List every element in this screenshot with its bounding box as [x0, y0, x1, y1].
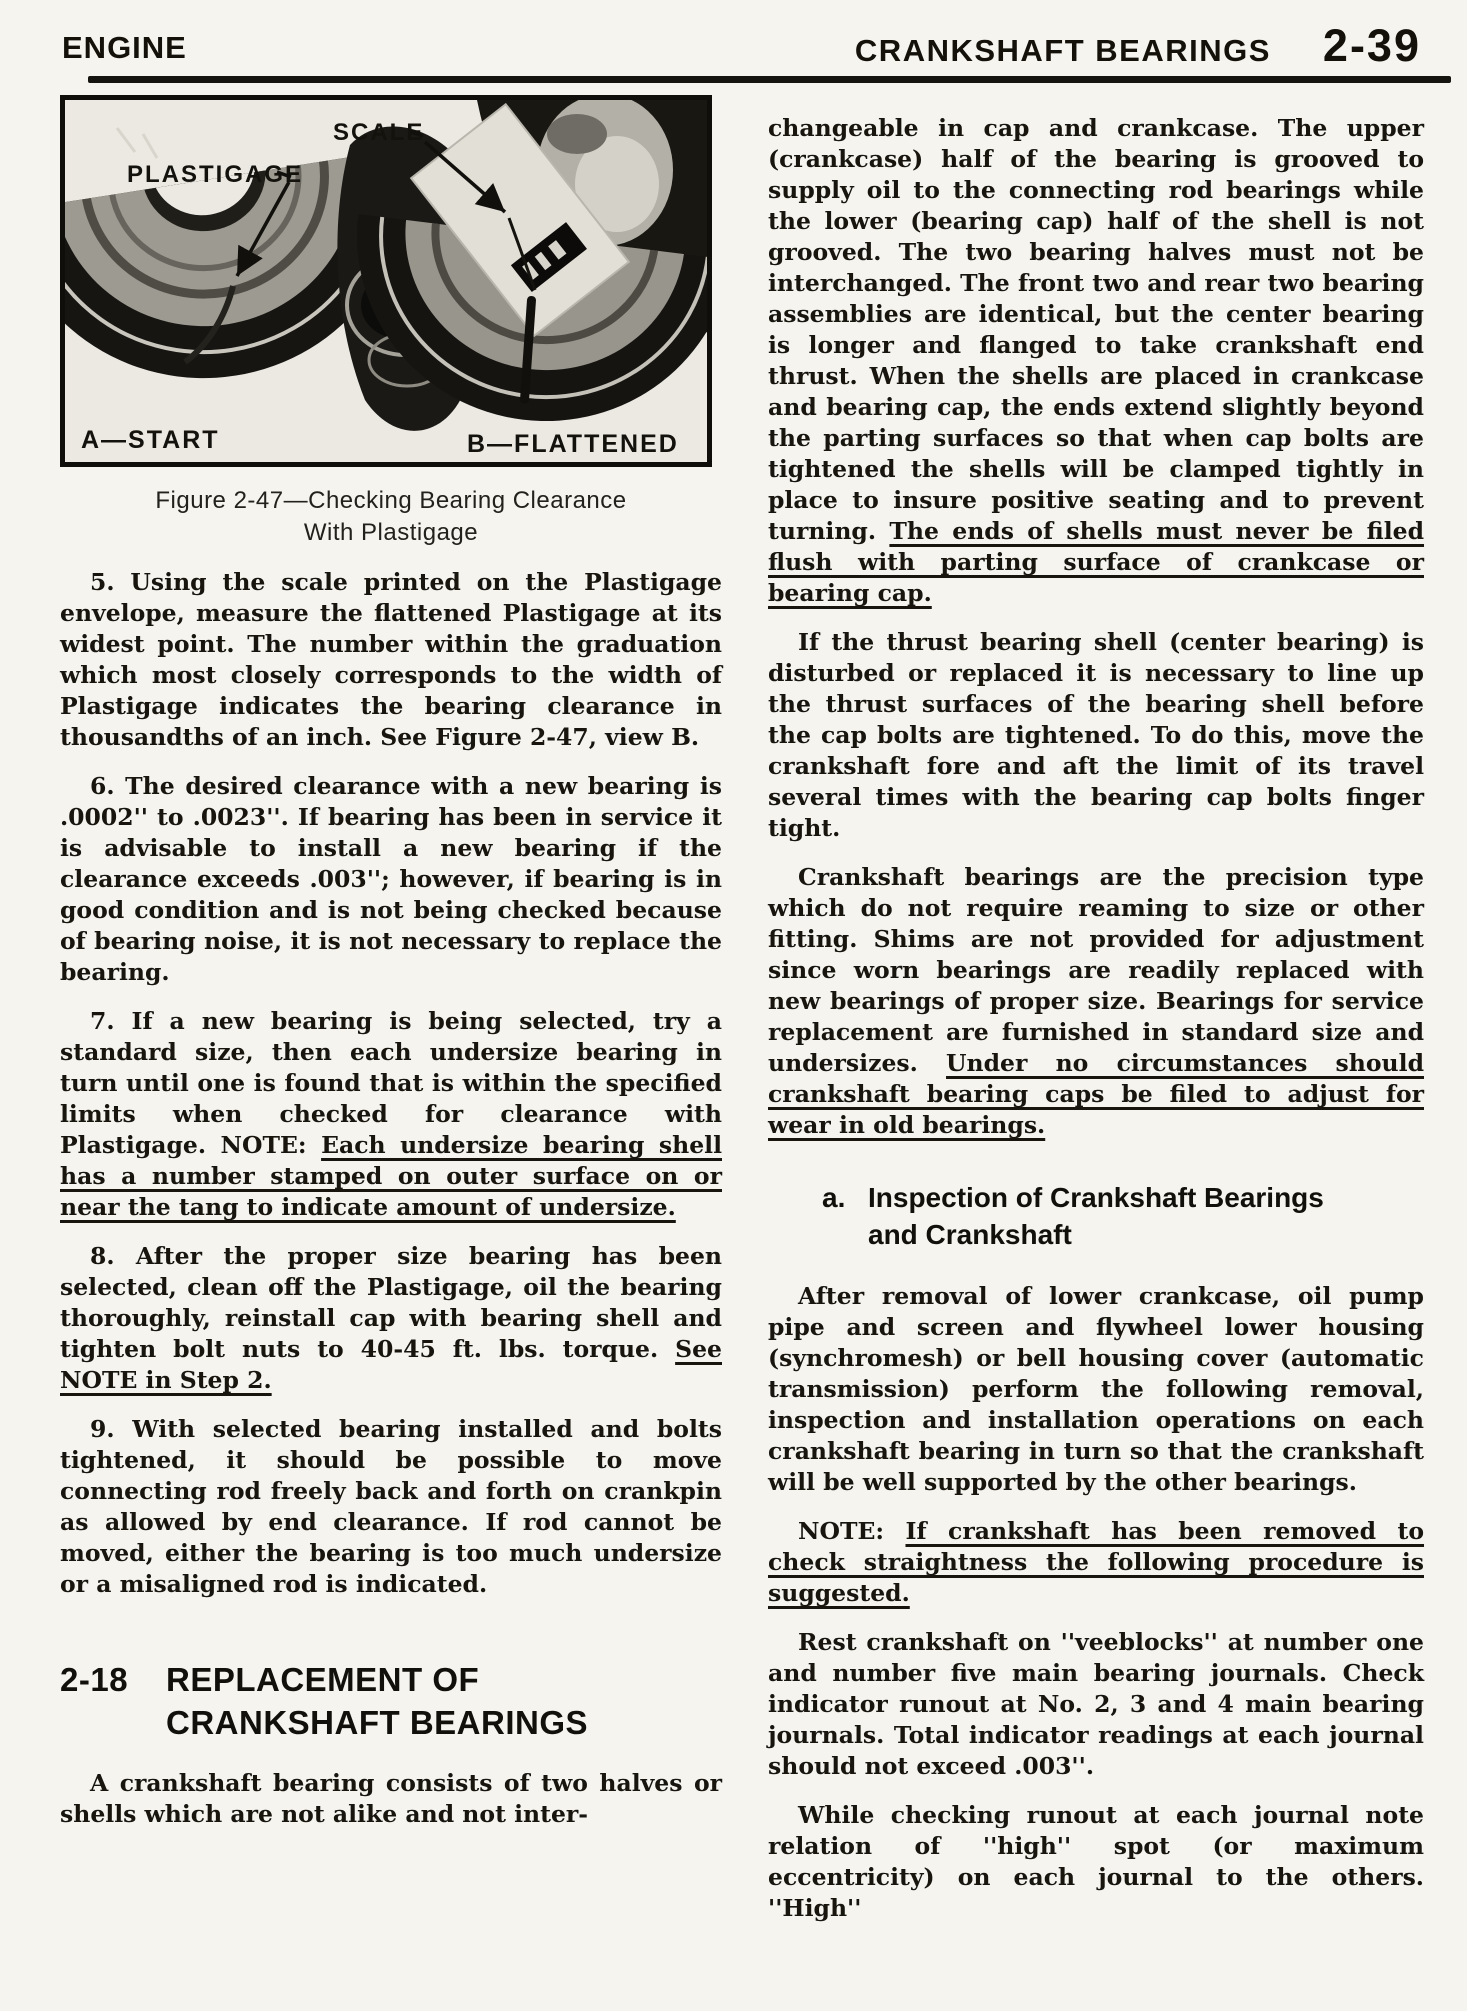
- page-number: 2-39: [1323, 20, 1421, 72]
- paragraph-intro: A crankshaft bearing consists of two hal…: [60, 1768, 722, 1830]
- step-8-text: 8. After the proper size bearing has bee…: [60, 1242, 722, 1363]
- paragraph-veeblocks: Rest crankshaft on ''veeblocks'' at numb…: [768, 1627, 1424, 1782]
- figure-label-view-b: B—FLATTENED: [467, 430, 679, 458]
- header-rule: [88, 76, 1451, 83]
- right-column: changeable in cap and crankcase. The upp…: [768, 95, 1424, 1924]
- figure-caption: Figure 2-47—Checking Bearing Clearance W…: [60, 485, 722, 549]
- paragraph-runout: While checking runout at each journal no…: [768, 1800, 1424, 1924]
- manual-page: { "header": { "left": "ENGINE", "right":…: [0, 0, 1467, 2011]
- paragraph-continuation: changeable in cap and crankcase. The upp…: [768, 113, 1424, 609]
- subheading-title: Inspection of Crankshaft Bearings and Cr…: [868, 1179, 1324, 1253]
- paragraph-after-removal: After removal of lower crankcase, oil pu…: [768, 1281, 1424, 1498]
- subheading-letter: a.: [822, 1179, 868, 1253]
- bearing-photo-illustration: SCALE PLASTIGAGE A—START B—FLATTENED: [65, 100, 707, 462]
- figure-label-plastigage: PLASTIGAGE: [127, 161, 303, 188]
- paragraph-thrust-bearing: If the thrust bearing shell (center bear…: [768, 627, 1424, 844]
- paragraph-step-7: 7. If a new bearing is being selected, t…: [60, 1006, 722, 1223]
- running-head-right: CRANKSHAFT BEARINGS 2-39: [855, 20, 1421, 72]
- running-head-left: ENGINE: [62, 30, 187, 66]
- paragraph-step-8: 8. After the proper size bearing has bee…: [60, 1241, 722, 1396]
- precision-text: Crankshaft bearings are the precision ty…: [768, 863, 1424, 1077]
- section-heading-2-18: 2-18 REPLACEMENT OF CRANKSHAFT BEARINGS: [60, 1658, 722, 1744]
- section-title-line-2: CRANKSHAFT BEARINGS: [166, 1701, 588, 1744]
- left-column: SCALE PLASTIGAGE A—START B—FLATTENED Fig…: [60, 95, 722, 1830]
- running-head-section-title: CRANKSHAFT BEARINGS: [855, 33, 1271, 69]
- subheading-title-line-1: Inspection of Crankshaft Bearings: [868, 1179, 1324, 1216]
- figure-caption-line-2: With Plastigage: [60, 517, 722, 549]
- section-title-line-1: REPLACEMENT OF: [166, 1658, 588, 1701]
- figure-label-scale: SCALE: [333, 119, 424, 146]
- paragraph-step-6: 6. The desired clearance with a new bear…: [60, 771, 722, 988]
- paragraph-step-9: 9. With selected bearing installed and b…: [60, 1414, 722, 1600]
- section-title: REPLACEMENT OF CRANKSHAFT BEARINGS: [166, 1658, 588, 1744]
- paragraph-note-straightness: NOTE: If crankshaft has been removed to …: [768, 1516, 1424, 1609]
- section-number: 2-18: [60, 1658, 166, 1744]
- figure-2-47-photo: SCALE PLASTIGAGE A—START B—FLATTENED: [60, 95, 712, 467]
- knuckle-shadow: [547, 114, 607, 154]
- subheading-a-inspection: a. Inspection of Crankshaft Bearings and…: [822, 1179, 1424, 1253]
- paragraph-step-5: 5. Using the scale printed on the Plasti…: [60, 567, 722, 753]
- figure-caption-line-1: Figure 2-47—Checking Bearing Clearance: [60, 485, 722, 517]
- continuation-text: changeable in cap and crankcase. The upp…: [768, 114, 1424, 545]
- note-label: NOTE:: [798, 1517, 905, 1545]
- paragraph-precision-type: Crankshaft bearings are the precision ty…: [768, 862, 1424, 1141]
- subheading-title-line-2: and Crankshaft: [868, 1216, 1324, 1253]
- figure-label-view-a: A—START: [81, 426, 220, 454]
